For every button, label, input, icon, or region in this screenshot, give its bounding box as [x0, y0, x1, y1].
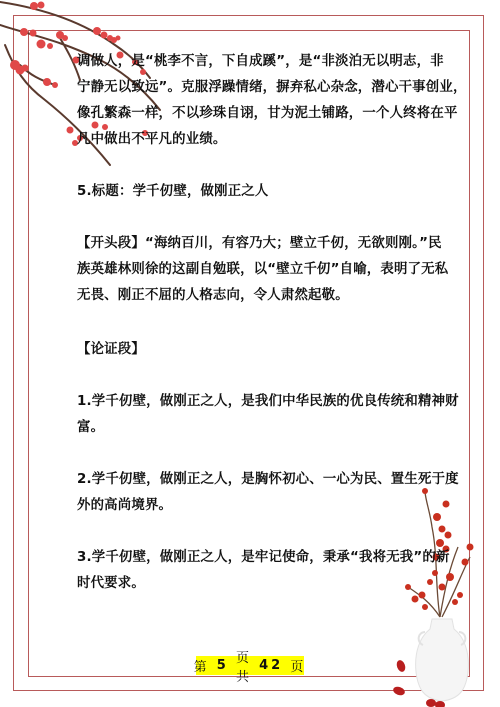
paragraph-line: 调做人，是“桃李不言，下自成蹊”，是“非淡泊无以明志，非	[77, 49, 447, 75]
point-2-line: 2.学千仞壁，做刚正之人，是胸怀初心、一心为民、置生死于度	[77, 467, 447, 493]
current-page: 5	[217, 658, 229, 673]
opening-line: 无畏、刚正不屈的人格志向，令人肃然起敬。	[77, 283, 447, 309]
argument-heading: 【论证段】	[77, 337, 447, 363]
paragraph-line: 凡中做出不平凡的业绩。	[77, 127, 447, 153]
opening-line: 【开头段】“海纳百川，有容乃大；壁立千仞，无欲则刚。”民	[77, 231, 447, 257]
footer-middle: 页 共	[236, 647, 252, 685]
footer-prefix: 第	[194, 656, 210, 675]
opening-line: 族英雄林则徐的这副自勉联，以“壁立千仞”自喻，表明了无私	[77, 257, 447, 283]
footer-suffix: 页	[290, 656, 306, 675]
point-1-line: 1.学千仞壁，做刚正之人，是我们中华民族的优良传统和精神财	[77, 389, 447, 415]
point-3-line: 3.学千仞壁，做刚正之人，是牢记使命，秉承“我将无我”的新	[77, 545, 447, 571]
total-pages: 42	[259, 658, 283, 673]
paragraph-line: 宁静无以致远”。克服浮躁情绪，摒弃私心杂念，潜心干事创业，	[77, 75, 447, 101]
point-3-line: 时代要求。	[77, 571, 447, 597]
page-number-footer: 第 5 页 共 42 页	[196, 656, 304, 675]
point-2-line: 外的高尚境界。	[77, 493, 447, 519]
document-body: 调做人，是“桃李不言，下自成蹊”，是“非淡泊无以明志，非 宁静无以致远”。克服浮…	[77, 49, 447, 597]
point-1-line: 富。	[77, 415, 447, 441]
paragraph-line: 像孔繁森一样，不以珍珠自诩，甘为泥土铺路，一个人终将在平	[77, 101, 447, 127]
section-title: 5.标题：学千仞壁，做刚正之人	[77, 179, 447, 205]
